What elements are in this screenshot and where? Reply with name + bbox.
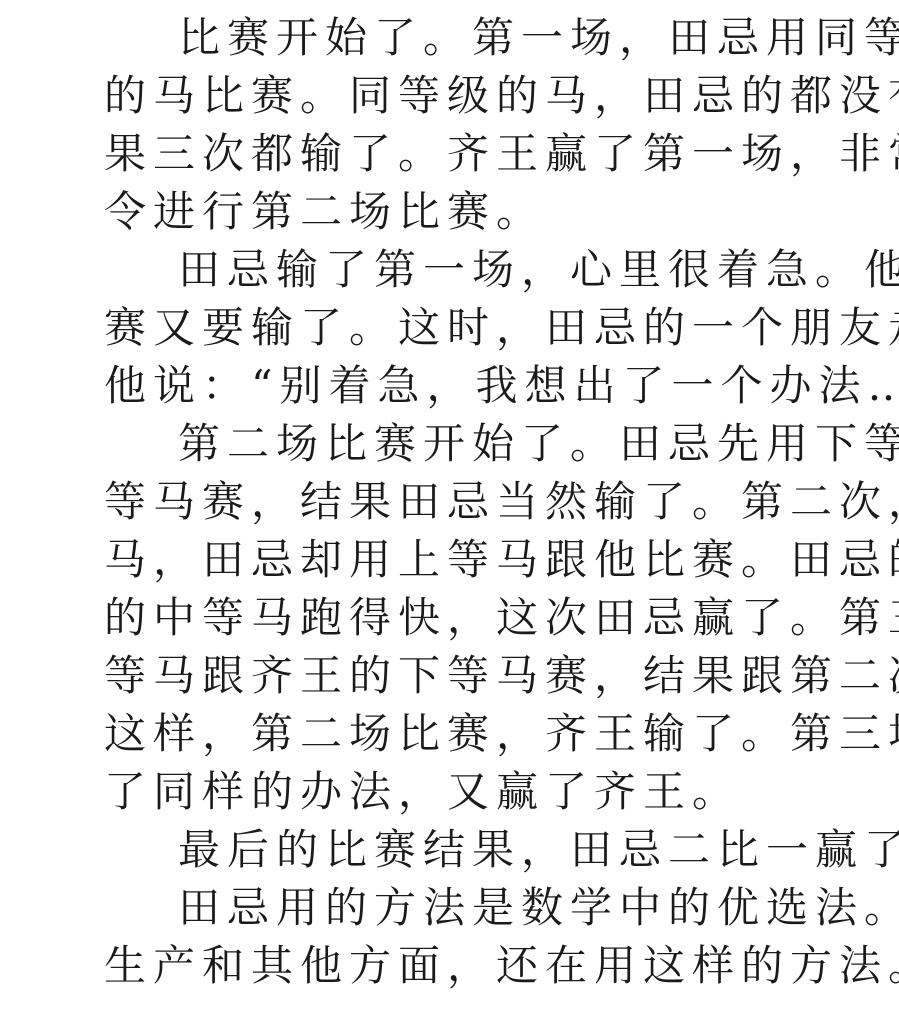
paragraph-second-match: 第二场比赛开始了。田忌先用下等马跟齐王的上 等马赛，结果田忌当然输了。第二次，齐… bbox=[6, 415, 896, 821]
text-line: 的中等马跑得快，这次田忌赢了。第三次，田忌用中 bbox=[6, 589, 896, 647]
text-line: 令进行第二场比赛。 bbox=[6, 183, 896, 241]
paragraph-final-result: 最后的比赛结果，田忌二比一赢了齐王。 bbox=[6, 821, 896, 879]
text-line: 了同样的办法，又赢了齐王。 bbox=[6, 763, 896, 821]
text-line: 第二场比赛开始了。田忌先用下等马跟齐王的上 bbox=[6, 415, 896, 473]
text-line: 赛又要输了。这时，田忌的一个朋友走过来，低声对 bbox=[6, 299, 896, 357]
text-line: 这样，第二场比赛，齐王输了。第三场比赛，田忌用 bbox=[6, 705, 896, 763]
text-line: 等马赛，结果田忌当然输了。第二次，齐王用了中等 bbox=[6, 473, 896, 531]
text-line: 生产和其他方面，还在用这样的方法。 bbox=[6, 937, 896, 995]
paragraph-conclusion: 田忌用的方法是数学中的优选法。现在，人们在 生产和其他方面，还在用这样的方法。 bbox=[6, 879, 896, 995]
paragraph-friend-advice: 田忌输了第一场，心里很着急。他想：今天的比 赛又要输了。这时，田忌的一个朋友走过… bbox=[6, 241, 896, 415]
document-page: 比赛开始了。第一场，田忌用同等级的马跟齐王 的马比赛。同等级的马，田忌的都没有齐… bbox=[6, 9, 896, 995]
text-line: 马，田忌却用上等马跟他比赛。田忌的上等马比齐王 bbox=[6, 531, 896, 589]
text-line: 田忌输了第一场，心里很着急。他想：今天的比 bbox=[6, 241, 896, 299]
text-line: 他说：“别着急，我想出了一个办法……” bbox=[6, 357, 896, 415]
text-line: 等马跟齐王的下等马赛，结果跟第二次一样，又赢了。 bbox=[6, 647, 896, 705]
text-line: 最后的比赛结果，田忌二比一赢了齐王。 bbox=[6, 821, 896, 879]
text-line: 比赛开始了。第一场，田忌用同等级的马跟齐王 bbox=[6, 9, 896, 67]
paragraph-first-match: 比赛开始了。第一场，田忌用同等级的马跟齐王 的马比赛。同等级的马，田忌的都没有齐… bbox=[6, 9, 896, 241]
text-line: 田忌用的方法是数学中的优选法。现在，人们在 bbox=[6, 879, 896, 937]
text-line: 的马比赛。同等级的马，田忌的都没有齐王的好，结 bbox=[6, 67, 896, 125]
text-line: 果三次都输了。齐王赢了第一场，非常高兴，立即命 bbox=[6, 125, 896, 183]
